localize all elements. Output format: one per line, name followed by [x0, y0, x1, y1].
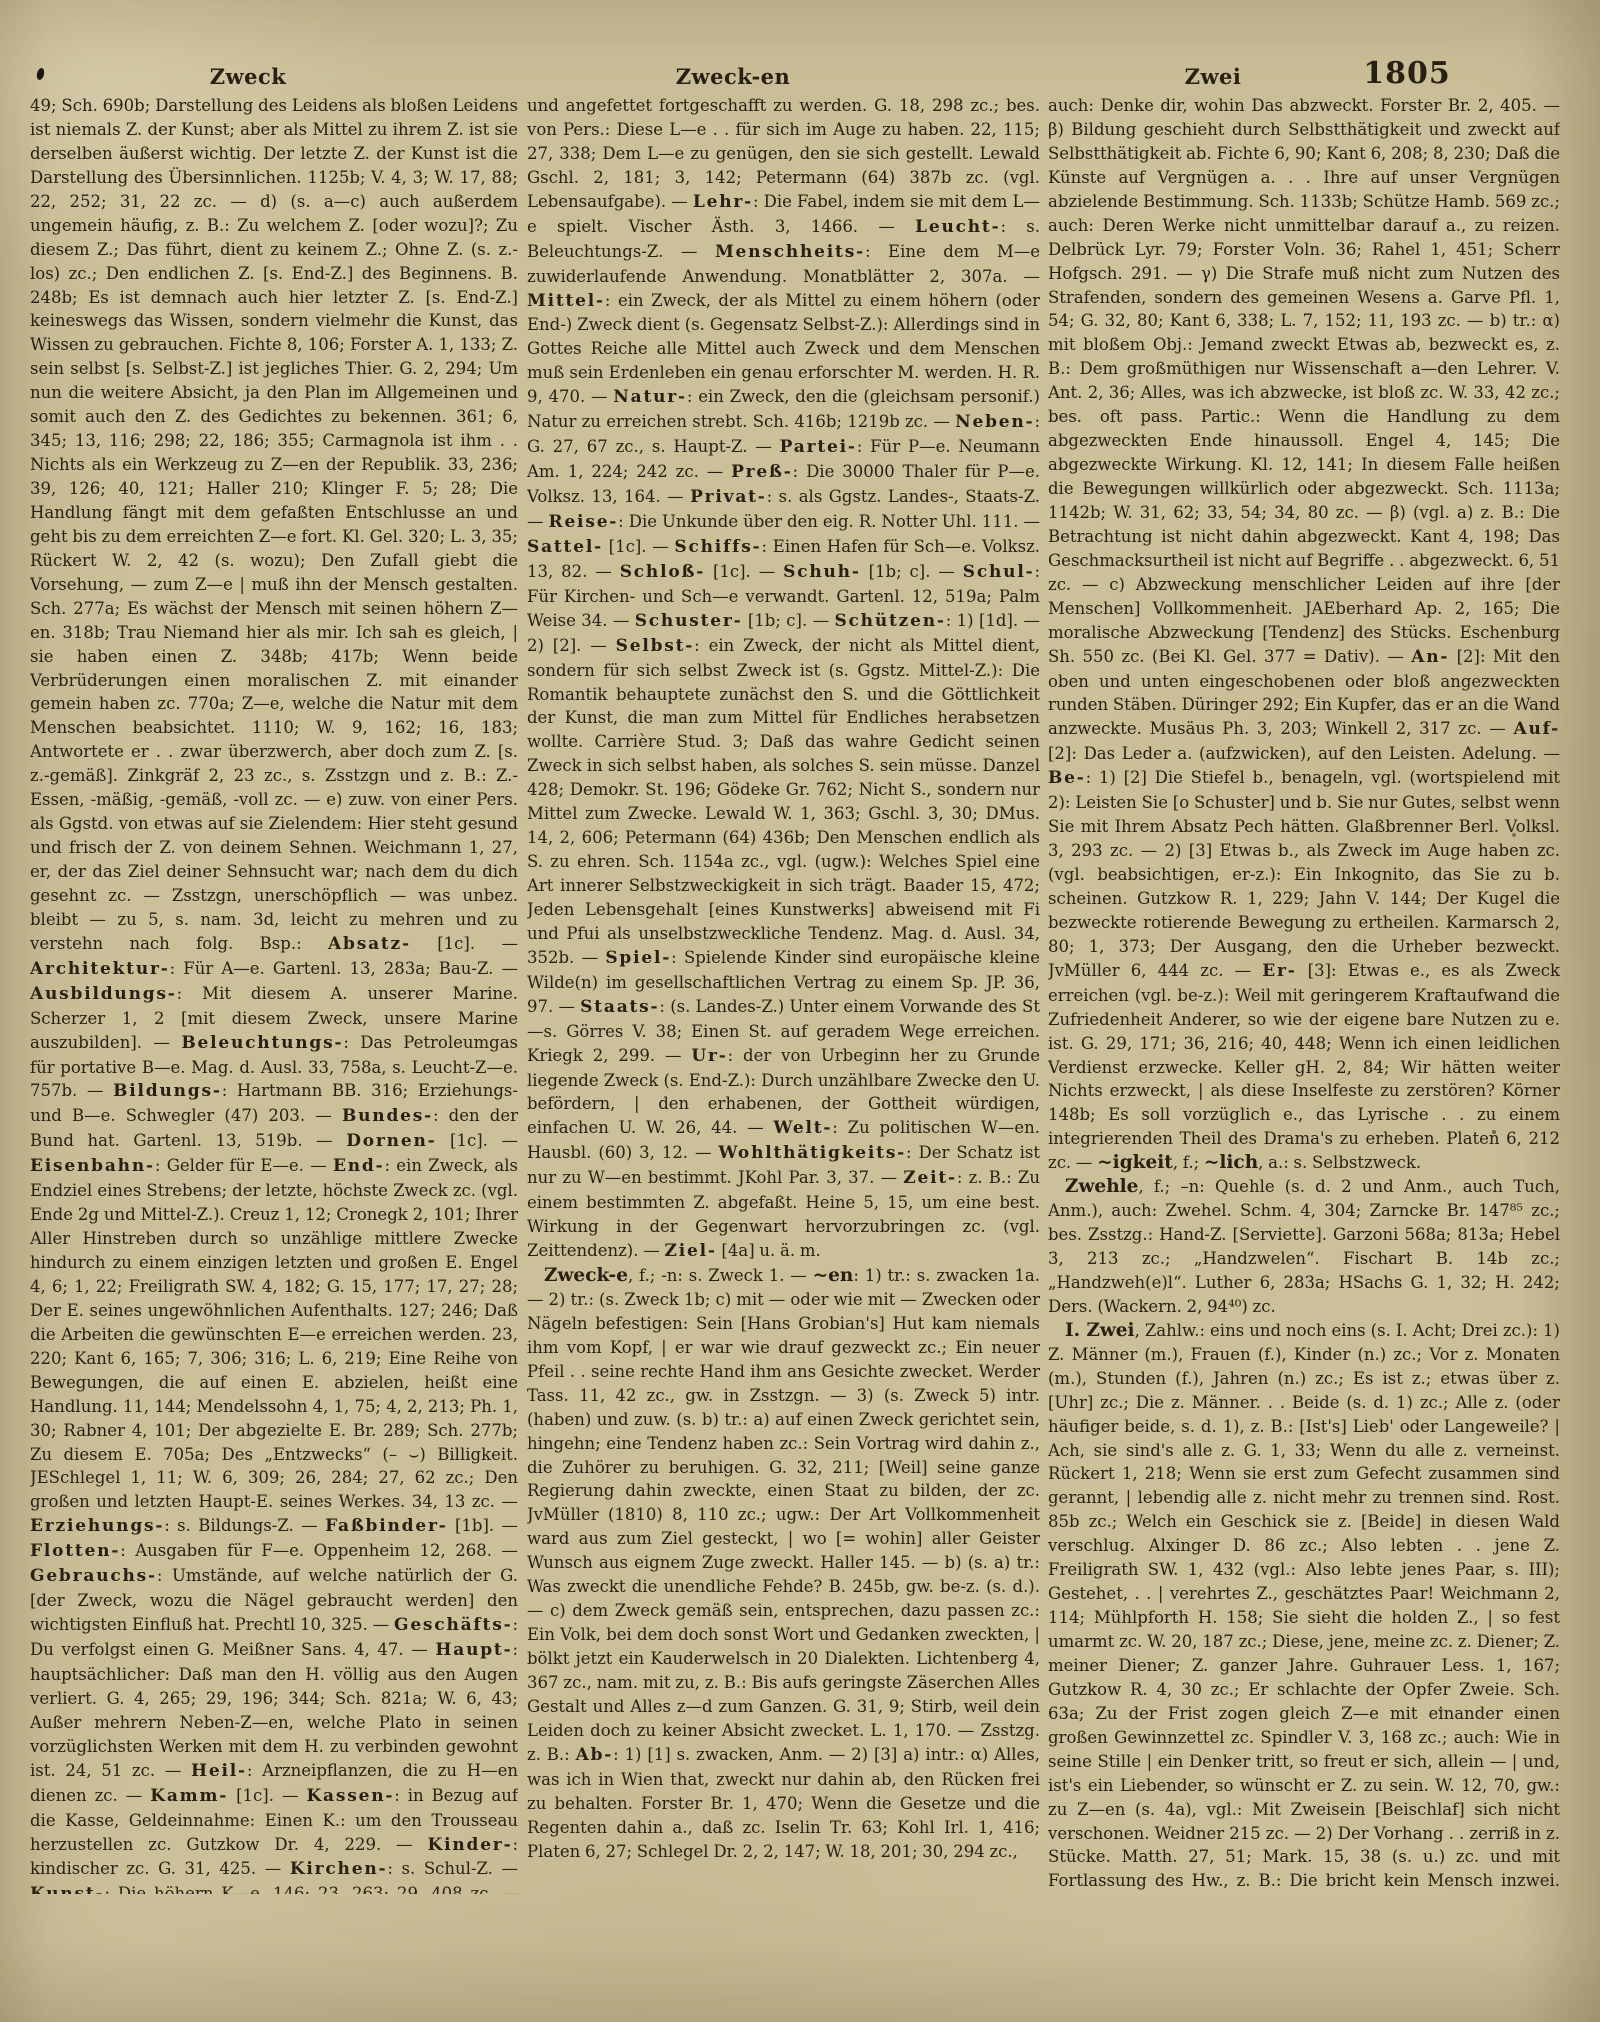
compound-headword: Kirchen- [290, 1859, 388, 1879]
entry-text: : s. Schul-Z. — [387, 1859, 518, 1878]
compound-headword: Staats- [580, 997, 659, 1017]
entry-text: [1c]. — [705, 562, 783, 581]
compound-headword: Absatz- [328, 934, 411, 954]
entry-headword: ~igkeit [1097, 1152, 1173, 1173]
compound-headword: Schuh- [783, 562, 861, 582]
compound-headword: Erziehungs- [30, 1516, 164, 1536]
entry-text: : 1) tr.: s. zwacken 1a. — 2) tr.: (s. Z… [527, 1266, 1040, 1764]
compound-headword: Natur- [613, 387, 687, 407]
compound-headword: Kinder- [428, 1835, 513, 1855]
dictionary-column-right: auch: Denke dir, wohin Das abzweckt. For… [1048, 94, 1560, 1894]
entry-text: , a.: s. Selbstzweck. [1258, 1153, 1421, 1172]
compound-headword: Reise- [549, 512, 619, 532]
dictionary-paragraph: 49; Sch. 690b; Darstellung des Leidens a… [30, 94, 518, 1894]
entry-text: : s. Bildungs-Z. — [164, 1516, 325, 1535]
compound-headword: Ur- [691, 1046, 727, 1066]
entry-text: [1c]. — [603, 537, 674, 556]
compound-headword: Ziel- [664, 1241, 716, 1261]
running-head-center: Zweck-en [633, 64, 833, 90]
compound-headword: Zeit- [903, 1168, 957, 1188]
entry-text: : hauptsächlicher: Daß man den H. völlig… [30, 1640, 518, 1780]
dictionary-paragraph: Zweck-e, f.; -n: s. Zweck 1. — ~en: 1) t… [527, 1264, 1040, 1863]
entry-text: 49; Sch. 690b; Darstellung des Leidens a… [30, 96, 518, 953]
compound-headword: Schloß- [620, 562, 705, 582]
compound-headword: Heil- [191, 1761, 247, 1781]
compound-headword: Ausbildungs- [30, 984, 177, 1004]
dictionary-paragraph: I. Zwei, Zahlw.: eins und noch eins (s. … [1048, 1319, 1560, 1894]
entry-text: : Die Unkunde über den eig. R. Notter Uh… [618, 512, 1040, 531]
compound-headword: Schul- [963, 562, 1035, 582]
entry-text: : Gelder für E—e. — [155, 1156, 333, 1175]
compound-headword: Menschheits- [715, 242, 865, 262]
compound-headword: Sattel- [527, 537, 603, 557]
entry-text: : ein Zweck, der nicht als Mittel dient,… [527, 636, 1040, 967]
compound-headword: Beleuchtungs- [181, 1033, 343, 1053]
compound-headword: Gebrauchs- [30, 1566, 157, 1586]
compound-headword: Er- [1262, 961, 1296, 981]
entry-text: [1b]. — [448, 1516, 518, 1535]
dictionary-column-left: 49; Sch. 690b; Darstellung des Leidens a… [30, 94, 518, 1894]
compound-headword: Eisenbahn- [30, 1156, 155, 1176]
compound-headword: Wohlthätigkeits- [718, 1143, 906, 1163]
entry-text: : ein Zweck, als Endziel eines Strebens;… [30, 1156, 518, 1511]
entry-text: [1c]. — [228, 1786, 306, 1805]
entry-text: : Ausgaben für F—e. Oppenheim 12, 268. — [120, 1541, 518, 1560]
compound-headword: Be- [1048, 768, 1086, 788]
ink-speck [36, 67, 46, 80]
entry-text: [1b; c]. — [743, 611, 835, 630]
compound-headword: Preß- [731, 462, 793, 482]
entry-headword: Zweck-e [544, 1265, 628, 1286]
compound-headword: Ab- [576, 1745, 614, 1765]
compound-headword: Privat- [690, 487, 767, 507]
entry-text: [1c]. — [436, 1131, 518, 1150]
dictionary-paragraph: Zwehle, f.; –n: Quehle (s. d. 2 und Anm.… [1048, 1175, 1560, 1319]
compound-headword: Geschäfts- [394, 1615, 512, 1635]
compound-headword: End- [333, 1156, 384, 1176]
compound-headword: An- [1411, 647, 1449, 667]
entry-text: , f.; -n: s. Zweck 1. — [628, 1266, 813, 1285]
compound-headword: Schuster- [635, 611, 743, 631]
page-number: 1805 [1347, 56, 1467, 91]
compound-headword: Spiel- [605, 948, 671, 968]
entry-text: , f.; –n: Quehle (s. d. 2 und Anm., auch… [1048, 1177, 1560, 1316]
entry-text: [3]: Etwas e., es als Zweck erreichen (v… [1048, 961, 1560, 1173]
entry-text: : Die höhern K—e. 146; 23, 263; 29, 408 … [104, 1884, 518, 1894]
compound-headword: Faßbinder- [325, 1516, 448, 1536]
running-head-right: Zwei [1113, 64, 1313, 90]
scanned-dictionary-page: { "page": { "number": "1805", "running_h… [0, 0, 1600, 2022]
compound-headword: Neben- [955, 412, 1034, 432]
entry-text: [1c]. — [411, 934, 518, 953]
compound-headword: Haupt- [435, 1640, 512, 1660]
entry-text: auch: Denke dir, wohin Das abzweckt. For… [1048, 96, 1560, 666]
running-head-left: Zweck [148, 64, 348, 90]
entry-text: , Zahlw.: eins und noch eins (s. I. Acht… [1048, 1321, 1560, 1894]
entry-headword: ~en [813, 1265, 854, 1286]
compound-headword: Bildungs- [113, 1081, 222, 1101]
compound-headword: Lehr- [693, 192, 753, 212]
dictionary-paragraph: auch: Denke dir, wohin Das abzweckt. For… [1048, 94, 1560, 1175]
compound-headword: Leucht- [915, 217, 1000, 237]
compound-headword: Kamm- [150, 1786, 228, 1806]
compound-headword: Kunst- [30, 1884, 104, 1894]
dictionary-paragraph: und angefettet fortgeschafft zu werden. … [527, 94, 1040, 1264]
compound-headword: Schützen- [834, 611, 945, 631]
entry-headword: Zwehle [1065, 1176, 1138, 1197]
entry-text: , f.; [1173, 1153, 1204, 1172]
entry-text: : 1) [2] Die Stiefel b., benageln, vgl. … [1048, 768, 1560, 980]
entry-text: [1b; c]. — [861, 562, 963, 581]
compound-headword: Kassen- [306, 1786, 394, 1806]
entry-text: : Für A—e. Gartenl. 13, 283a; Bau-Z. — [170, 959, 518, 978]
entry-headword: I. Zwei [1065, 1320, 1135, 1341]
compound-headword: Welt- [773, 1118, 832, 1138]
entry-text: [4a] u. ä. m. [717, 1241, 821, 1260]
compound-headword: Selbst- [616, 636, 695, 656]
compound-headword: Dornen- [346, 1131, 436, 1151]
compound-headword: Flotten- [30, 1541, 120, 1561]
entry-headword: ~lich [1204, 1152, 1258, 1173]
compound-headword: Partei- [780, 437, 857, 457]
compound-headword: Architektur- [30, 959, 170, 979]
compound-headword: Bundes- [342, 1106, 433, 1126]
entry-text: [2]: Das Leder a. (aufzwicken), auf den … [1048, 744, 1560, 763]
compound-headword: Schiffs- [674, 537, 761, 557]
dictionary-column-center: und angefettet fortgeschafft zu werden. … [527, 94, 1040, 1894]
compound-headword: Auf- [1513, 719, 1560, 739]
compound-headword: Mittel- [527, 291, 605, 311]
